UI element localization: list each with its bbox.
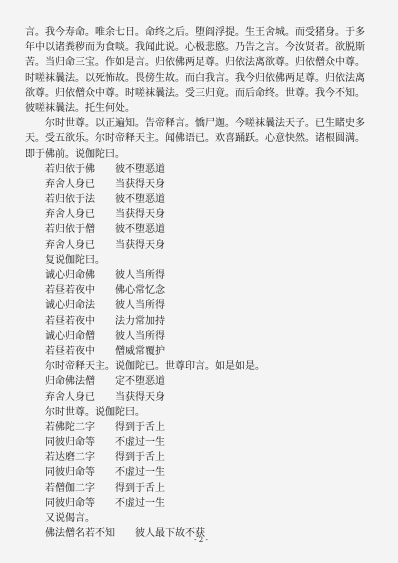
verse-line: 若昼若夜中法力常加持 — [25, 314, 385, 329]
document-page: 言。我今寿命。唯余七日。命终之后。堕阎浮提。生王舍城。而受猪身。于多 年中以诸粪… — [0, 0, 398, 563]
prose-line: 苦。当归命三宝。作如是言。归依佛两足尊。归依法离欲尊。归依僧众中尊。 — [25, 55, 385, 70]
verse-second-half: 法力常加持 — [115, 316, 165, 327]
verse-first-half: 若佛陀二字 — [45, 420, 115, 435]
verse-first-half: 弃舍人身已 — [45, 207, 115, 222]
verse-line: 若达磨二字得到于舌上 — [25, 450, 385, 465]
verse-first-half: 若昼若夜中 — [45, 283, 115, 298]
verse-line: 若归依于法彼不堕恶道 — [25, 192, 385, 207]
prose-line: 言。我今寿命。唯余七日。命终之后。堕阎浮提。生王舍城。而受猪身。于多 — [25, 25, 385, 40]
verse-line: 弃舍人身已当获得天身 — [25, 238, 385, 253]
prose-line: 即于佛前。说伽陀曰。 — [25, 147, 385, 162]
verse-line: 若归依于僧彼不堕恶道 — [25, 222, 385, 237]
verse-second-half: 不虚过一生 — [115, 498, 165, 509]
verse-intro-line: 复说伽陀曰。 — [25, 253, 385, 268]
verse-line: 诚心归命僧彼人当所得 — [25, 329, 385, 344]
verse-line: 弃舍人身已当获得天身 — [25, 390, 385, 405]
verse-line: 若昼若夜中僧威常覆护 — [25, 344, 385, 359]
verse-second-half: 彼不堕恶道 — [115, 224, 165, 235]
verse-first-half: 诚心归命僧 — [45, 329, 115, 344]
verse-line: 诚心归命法彼人当所得 — [25, 298, 385, 313]
verse-line: 诚心归命佛彼人当所得 — [25, 268, 385, 283]
verse-first-half: 归命佛法僧 — [45, 374, 115, 389]
verse-line: 同彼归命等不虚过一生 — [25, 496, 385, 511]
verse-line: 若昼若夜中佛心常忆念 — [25, 283, 385, 298]
paragraph-start-line: 尔时世尊。以正遍知。告帝释言。憍尸迦。今嗟袜曩法天子。已生睹史多 — [25, 116, 385, 131]
verse-second-half: 僧威常覆护 — [115, 346, 165, 357]
verse-second-half: 当获得天身 — [115, 392, 165, 403]
verse-first-half: 若归依于僧 — [45, 222, 115, 237]
verse-intro-line: 又说偈言。 — [25, 511, 385, 526]
verse-second-half: 彼人当所得 — [115, 270, 165, 281]
verse-first-half: 弃舍人身已 — [45, 238, 115, 253]
verse-second-half: 彼不堕恶道 — [115, 194, 165, 205]
verse-line: 同彼归命等不虚过一生 — [25, 465, 385, 480]
verse-first-half: 若昼若夜中 — [45, 344, 115, 359]
verse-second-half: 彼不堕恶道 — [115, 164, 165, 175]
prose-line: 尔时帝释天主。说伽陀已。世尊印言。如是如是。 — [25, 359, 385, 374]
verse-line: 弃舍人身已当获得天身 — [25, 177, 385, 192]
verse-line: 归命佛法僧定不堕恶道 — [25, 374, 385, 389]
verse-first-half: 诚心归命佛 — [45, 268, 115, 283]
verse-line: 若归依于佛彼不堕恶道 — [25, 162, 385, 177]
verse-second-half: 当获得天身 — [115, 179, 165, 190]
verse-first-half: 若达磨二字 — [45, 450, 115, 465]
verse-line: 若僧伽二字得到于舌上 — [25, 481, 385, 496]
verse-second-half: 得到于舌上 — [115, 483, 165, 494]
verse-first-half: 同彼归命等 — [45, 465, 115, 480]
prose-line: 天。受五欲乐。尔时帝释天主。闻佛语已。欢喜踊跃。心意快然。诸根圆满。 — [25, 131, 385, 146]
verse-second-half: 彼人当所得 — [115, 300, 165, 311]
prose-line: 彼嗟袜曩法。托生何处。 — [25, 101, 385, 116]
verse-second-half: 当获得天身 — [115, 209, 165, 220]
verse-second-half: 当获得天身 — [115, 240, 165, 251]
verse-second-half: 彼人当所得 — [115, 331, 165, 342]
verse-first-half: 若归依于佛 — [45, 162, 115, 177]
verse-first-half: 同彼归命等 — [45, 435, 115, 450]
verse-first-half: 弃舍人身已 — [45, 390, 115, 405]
verse-first-half: 若僧伽二字 — [45, 481, 115, 496]
verse-second-half: 不虚过一生 — [115, 437, 165, 448]
verse-first-half: 若归依于法 — [45, 192, 115, 207]
verse-second-half: 得到于舌上 — [115, 452, 165, 463]
verse-first-half: 佛法僧名若不知 — [45, 526, 135, 541]
prose-line: 年中以诸粪秽而为食啖。我闻此说。心极悲愍。乃告之言。今汝贤者。欲脱斯 — [25, 40, 385, 55]
prose-line: 欲尊。归依僧众中尊。时嗟袜曩法。受三归竟。而后命终。世尊。我今不知。 — [25, 86, 385, 101]
verse-first-half: 同彼归命等 — [45, 496, 115, 511]
page-number: - 2 - — [181, 536, 221, 545]
verse-second-half: 定不堕恶道 — [115, 376, 165, 387]
verse-first-half: 弃舍人身已 — [45, 177, 115, 192]
verse-line: 同彼归命等不虚过一生 — [25, 435, 385, 450]
verse-intro-line: 尔时世尊。说伽陀曰。 — [25, 405, 385, 420]
verse-second-half: 不虚过一生 — [115, 467, 165, 478]
verse-line: 弃舍人身已当获得天身 — [25, 207, 385, 222]
verse-second-half: 佛心常忆念 — [115, 285, 165, 296]
verse-second-half: 得到于舌上 — [115, 422, 165, 433]
verse-first-half: 若昼若夜中 — [45, 314, 115, 329]
scripture-text: 言。我今寿命。唯余七日。命终之后。堕阎浮提。生王舍城。而受猪身。于多 年中以诸粪… — [25, 25, 385, 541]
prose-line: 时嗟袜曩法。以死怖故。畏傍生故。而白我言。我今归依佛两足尊。归依法离 — [25, 71, 385, 86]
verse-line: 若佛陀二字得到于舌上 — [25, 420, 385, 435]
verse-first-half: 诚心归命法 — [45, 298, 115, 313]
